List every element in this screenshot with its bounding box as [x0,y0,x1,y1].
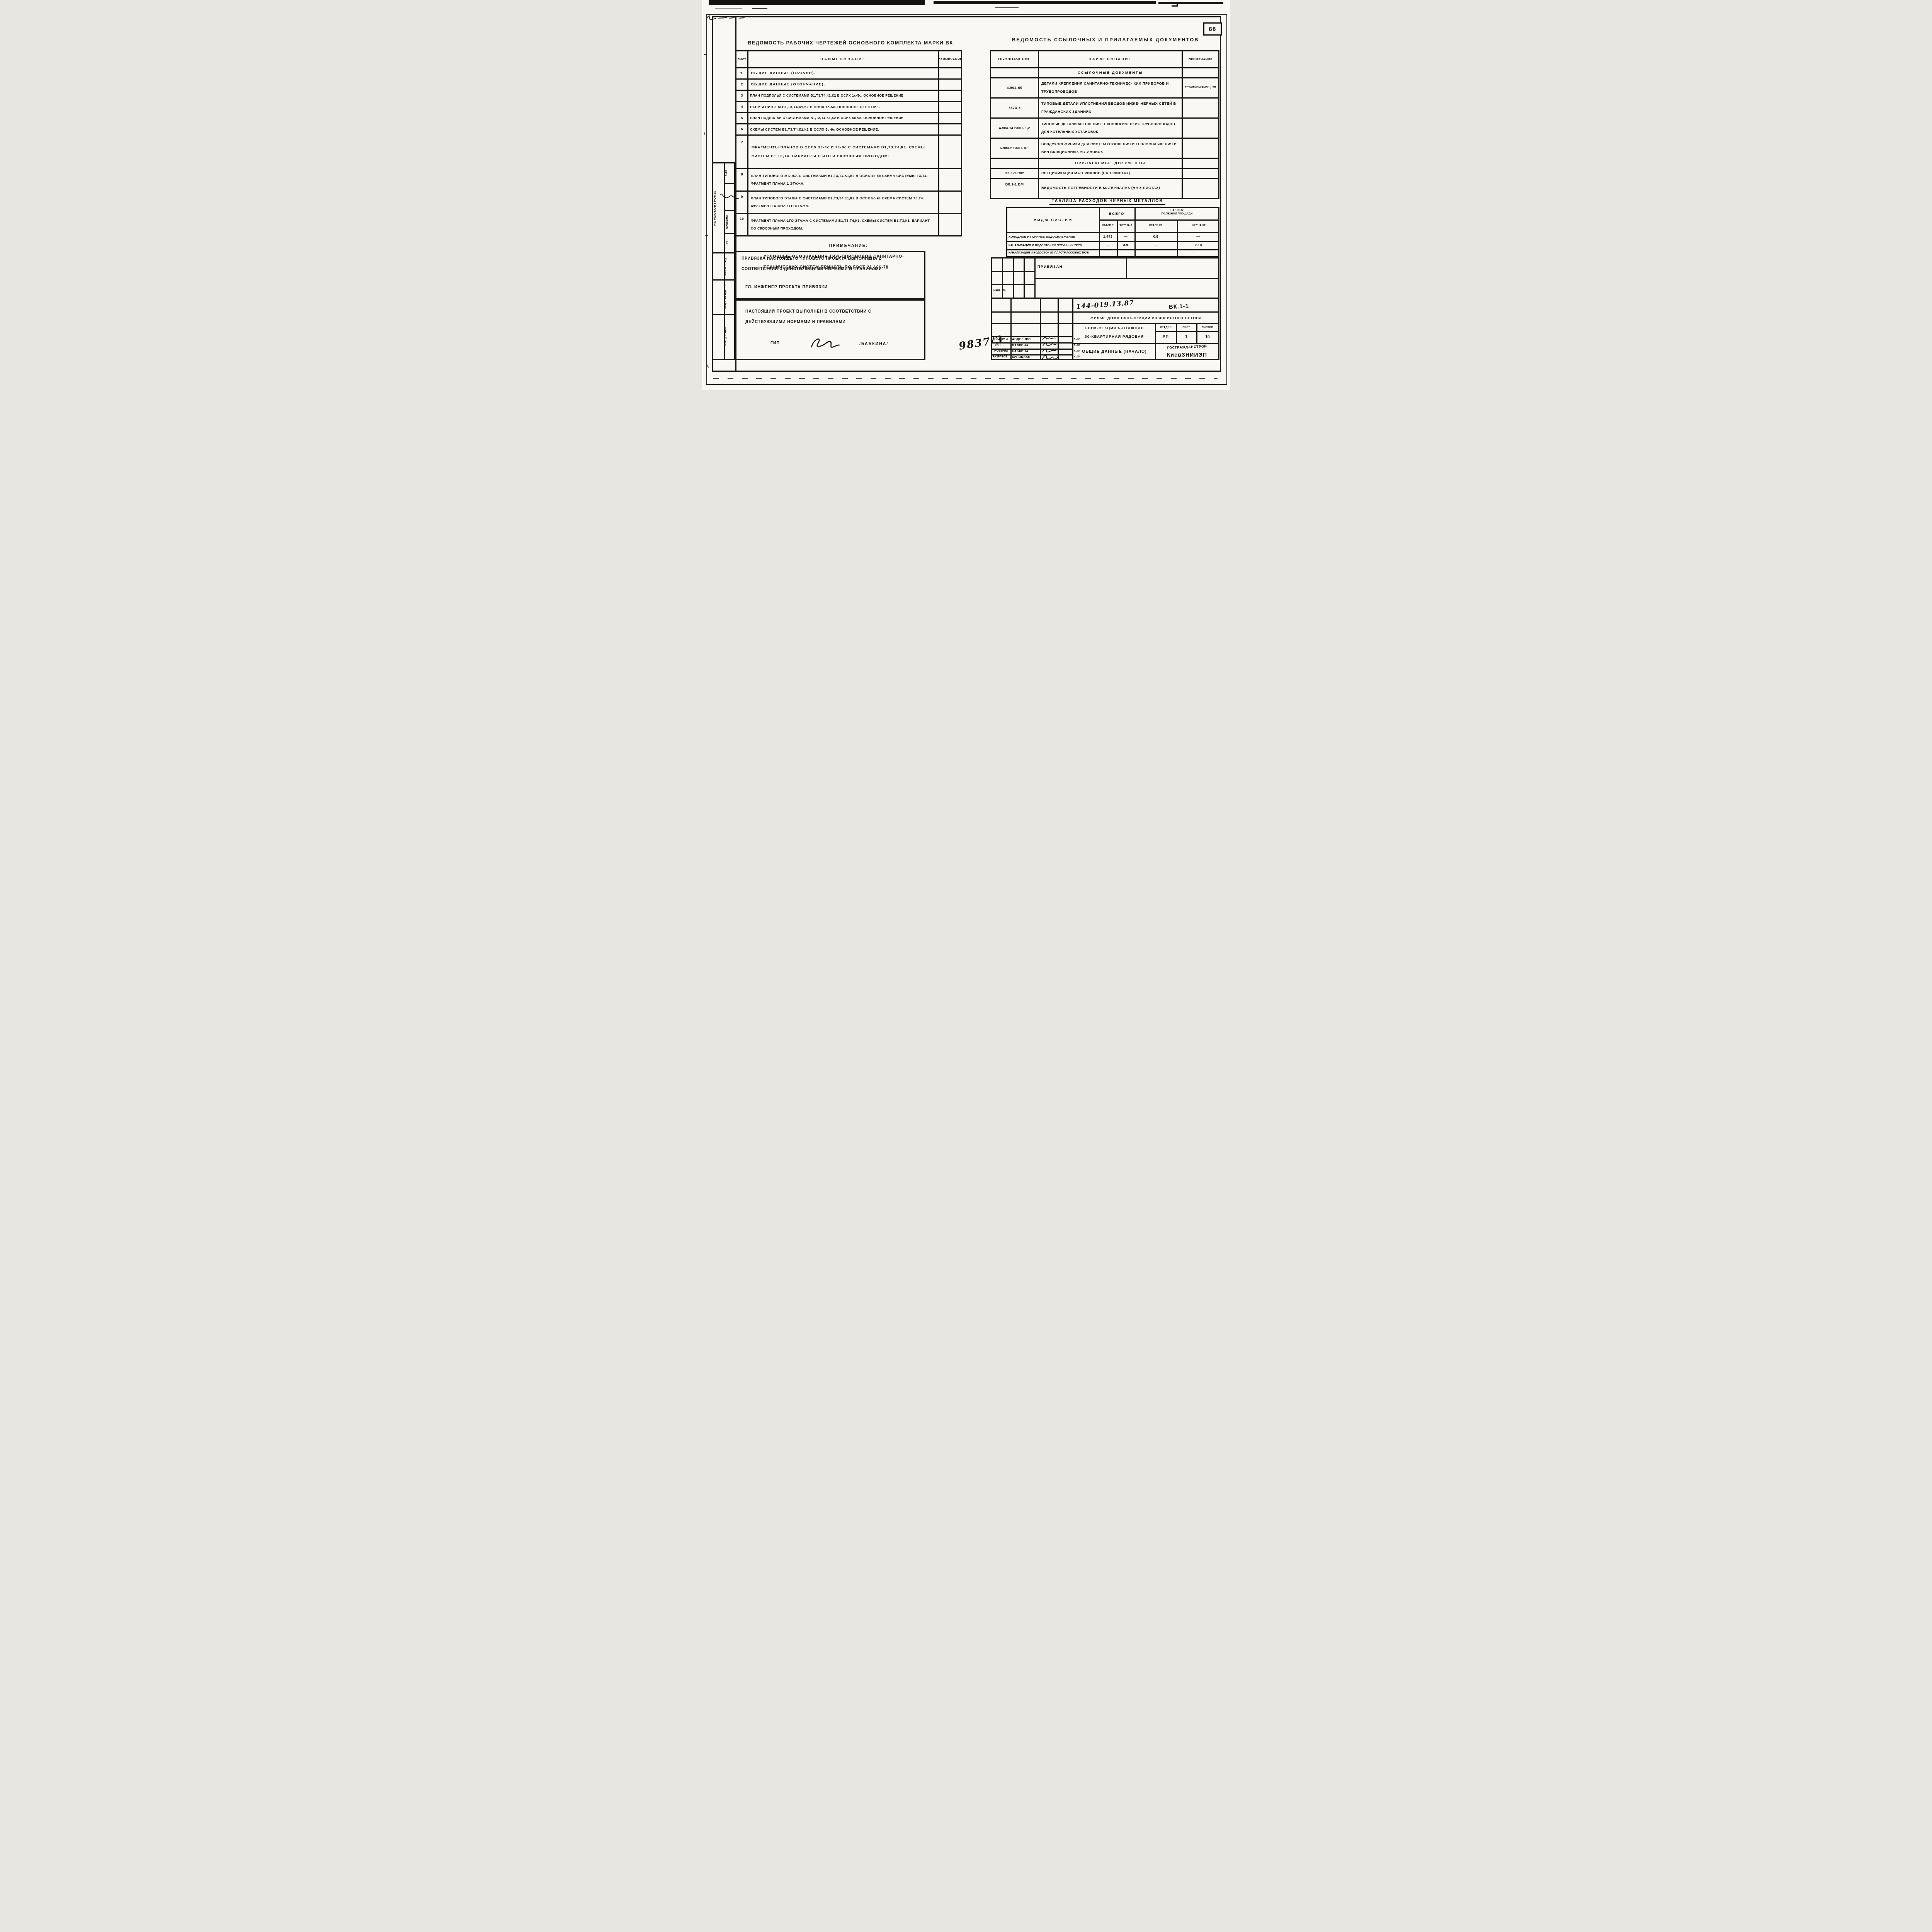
row-name: СХЕМЫ СИСТЕМ В1,Т3,Т4,К1,К2 В ОСЯХ 5с-9с… [748,124,939,134]
metals-col-total: ВСЕГО [1099,208,1134,219]
gip-signature [806,335,841,351]
row-name: ВЕДОМОСТЬ ПОТРЕБНОСТИ В МАТЕРИАЛАХ (НА 3… [1039,179,1183,198]
inventory-label: ИНВ. № [993,289,1007,292]
row-code: 5.903-2 ВЫП. 0.1 [991,139,1039,158]
signer-role: РАЗРАБОТ. [993,355,1010,358]
signer-name: БАБКИНА [1012,344,1040,347]
table-row: 4 СХЕМЫ СИСТЕМ В1,Т3,Т4,К1,К2 В ОСЯХ 1с-… [736,102,961,113]
sheet-value: 1 [1177,332,1196,342]
mark-code: ВК.1-1 [1169,303,1189,311]
note-title: ПРИМЕЧАНИЕ: [810,242,887,250]
binding-engineer-line: ГЛ. ИНЖЕНЕР ПРОЕКТА ПРИВЯЗКИ [745,285,861,289]
normcontrol-signature [719,192,740,201]
inv-podl-label: ИНВ. № ПОДЛ. [724,315,734,359]
page-number: 88 [1209,26,1216,32]
row-name: ТИПОВЫЕ ДЕТАЛИ КРЕПЛЕНИЯ ТЕХНОЛОГИЧЕСКИХ… [1039,119,1183,138]
metals-row-value [1099,249,1117,256]
row-name: ПЛАН ПОДПОЛЬЯ С СИСТЕМАМИ В1,Т3,Т4,К1,К2… [748,113,939,123]
signer-signature [1041,348,1057,354]
drawing-sheet: 88 ВЕДОМОСТЬ РАБОЧИХ ЧЕРТЕЖЕЙ ОСНОВНОГО … [702,0,1230,390]
normcontrol-label: НОРМОКОНТРОЛЬ: [713,163,724,252]
row-sheet: 3 [736,91,748,101]
metals-row-value: — [1177,249,1219,256]
sheet-label: ЛИСТ [1177,324,1196,331]
row-name: ПЛАН ТИПОВОГО ЭТАЖА С СИСТЕМАМИ В1,Т3,Т4… [748,169,939,190]
metals-sub-steel-kg: СТАЛИ КГ [1134,219,1177,232]
metals-sub-iron-kg: ЧУГУНА КГ [1177,219,1219,232]
row-name: ФРАГМЕНТ ПЛАНА 1ГО ЭТАЖА С СИСТЕМАМИ В1,… [748,214,939,235]
scan-artifact-dash [704,132,705,135]
row-name: ФРАГМЕНТЫ ПЛАНОВ В ОСЯХ 3с-4с И 7с-8с С … [748,136,939,168]
title-block: ПРИВЯЗАН ИНВ. № НАЧ.АПМ-2 АВДЕЕНКО XI.84… [991,257,1219,360]
bound-label: ПРИВЯЗАН [1037,262,1063,271]
table-row: 7 ФРАГМЕНТЫ ПЛАНОВ В ОСЯХ 3с-4с И 7с-8с … [736,136,961,169]
row-note [1183,139,1218,158]
col-header-name: НАИМЕНОВАНИЕ [1039,51,1183,67]
metals-row-value: 1.443 [1099,232,1117,241]
metals-row-system: КАНАЛИЗАЦИЯ И ВОДОСТОК ИЗ ПЛАСТМАССОВЫХ … [1007,249,1099,256]
table-row: 2 ОБЩИЕ ДАННЫЕ (ОКОНЧАНИЕ). [736,80,961,91]
metals-row-value: 2.18 [1177,241,1219,249]
compliance-box [735,299,925,360]
table-row: 1. ОБЩИЕ ДАННЫЕ (НАЧАЛО). [736,68,961,80]
col-header-name: НАИМЕНОВАНИЕ [748,51,939,67]
org-line2: КиевЗНИИЭП [1156,350,1218,359]
compliance-role: ГИП [770,341,780,345]
table-header-row: ОБОЗНАЧЕНИЕ НАИМЕНОВАНИЕ ПРИМЕЧАНИЕ [991,51,1218,68]
row-sheet: 7 [736,136,748,168]
table-row: 6 СХЕМЫ СИСТЕМ В1,Т3,Т4,К1,К2 В ОСЯХ 5с-… [736,124,961,136]
row-note [939,124,961,134]
scan-artifact-bar [1158,2,1223,4]
row-sheet: 5 [736,113,748,123]
metals-row-system: ХОЛОДНОЕ И ГОРЯЧЕЕ ВОДОСНАБЖЕНИЕ [1007,232,1099,241]
row-sheet: 10 [736,214,748,235]
row-name: ПЛАН ПОДПОЛЬЯ С СИСТЕМАМИ В1,Т3,Т4,К1,К2… [748,91,939,101]
table-row: 7373-3 ТИПОВЫЕ ДЕТАЛИ УПЛОТНЕНИЯ ВВОДОВ … [991,99,1218,119]
table-row: 9 ПЛАН ТИПОВОГО ЭТАЖА С СИСТЕМАМИ В1,Т3,… [736,192,961,214]
metals-row-value: — [1117,249,1134,256]
metals-row-value: 0.8 [1134,232,1177,241]
scan-artifact-dash [752,8,767,9]
row-name: СПЕЦИФИКАЦИЯ МАТЕРИАЛОВ (НА 10ЛИСТАХ) [1039,169,1183,178]
metals-row-value: 3.9 [1117,241,1134,249]
row-note [1183,119,1218,138]
normcontrol-name: БАБКИНА [725,211,734,233]
metals-row-value: — [1134,241,1177,249]
table-row: ВК.1-1 С02 СПЕЦИФИКАЦИЯ МАТЕРИАЛОВ (НА 1… [991,169,1218,179]
compliance-line2: ДЕЙСТВУЮЩИМИ НОРМАМИ И ПРАВИЛАМИ [745,320,915,324]
object-title: БЛОК-СЕКЦИЯ 5-ЭТАЖНАЯ 30-КВАРТИРНАЯ РЯДО… [1074,324,1155,341]
normcontrol-role: ГИП [725,234,734,252]
table-header-row: ЛИСТ НАИМЕНОВАНИЕ ПРИМЕЧАНИЕ [736,51,961,68]
table-row: 5.903-2 ВЫП. 0.1 ВОЗДУХОСБОРНИКИ ДЛЯ СИС… [991,139,1218,159]
row-note [939,169,961,190]
vzam-inv-label: ВЗАМ. ИНВ.№ [724,253,734,279]
metals-table-title: ТАБЛИЦА РАСХОДОВ ЧЕРНЫХ МЕТАЛЛОВ [1022,198,1192,206]
row-sheet: 2 [736,80,748,90]
scan-artifact-dash [995,7,1019,8]
signer-role: ПРОВЕРИЛ [993,350,1010,352]
reference-table: ОБОЗНАЧЕНИЕ НАИМЕНОВАНИЕ ПРИМЕЧАНИЕ ССЫЛ… [990,50,1219,199]
sheets-value: 10 [1197,332,1218,342]
table-row: 4.904-69 ДЕТАЛИ КРЕПЛЕНИЯ САНИТАРНО-ТЕХН… [991,78,1218,99]
metals-row-value: — [1177,232,1219,241]
row-note [939,102,961,112]
binding-line2: СООТВЕТСТВИИ С ДЕЙСТВУЮЩИМИ НОРМАМИ И ПР… [742,267,919,271]
section-row: ПРИЛАГАЕМЫЕ ДОКУМЕНТЫ [991,159,1218,169]
metals-sub-iron-t: ЧУГУНА Т [1117,219,1134,232]
sheets-label: ЛИСТОВ [1197,324,1218,331]
signer-signature [1041,354,1058,361]
metals-table: ВИДЫ СИСТЕМ ВСЕГО НА 1КВ.М ПОЛЕЗНОЙ ПЛОЩ… [1006,207,1219,257]
project-code: 144-019.13.87 [1076,299,1134,311]
corner-bracket-mark [1172,2,1178,7]
col-header-note: ПРИМЕЧАНИЕ [1183,51,1218,67]
row-note [939,214,961,235]
signer-name: БАБКИНА [1012,349,1040,353]
row-code: ВК.1-1 С02 [991,169,1039,178]
row-name: ВОЗДУХОСБОРНИКИ ДЛЯ СИСТЕМ ОТОПЛЕНИЯ И Т… [1039,139,1183,158]
scan-artifact-bar [934,1,1156,4]
row-note [939,80,961,90]
scan-artifact-dash [705,235,708,236]
signer-name: АВДЕЕНКО [1012,337,1040,341]
table-row: 8 ПЛАН ТИПОВОГО ЭТАЖА С СИСТЕМАМИ В1,Т3,… [736,169,961,192]
metals-col-per-area: НА 1КВ.М ПОЛЕЗНОЙ ПЛОЩАДИ [1134,209,1219,219]
section-title: ССЫЛОЧНЫЕ ДОКУМЕНТЫ [1039,68,1183,77]
row-sheet: 6 [736,124,748,134]
section-row: ССЫЛОЧНЫЕ ДОКУМЕНТЫ [991,68,1218,78]
sheet-title: ОБЩИЕ ДАННЫЕ (НАЧАЛО) [1074,343,1155,360]
row-note [1183,99,1218,117]
podpis-data-label: ПОДПИСЬ И ДАТА [724,280,734,314]
scan-artifact-dashline [713,378,1218,379]
row-code: 4.903-14 ВЫП. 1,2 [991,119,1039,138]
row-code: 4.904-69 [991,78,1039,97]
series-title: ЖИЛЫЕ ДОМА БЛОК-СЕКЦИИ ИЗ ЯЧЕИСТОГО БЕТО… [1074,313,1218,323]
normcontrol-date: XI.84 [725,164,734,182]
table-row: 3 ПЛАН ПОДПОЛЬЯ С СИСТЕМАМИ В1,Т3,Т4,К1,… [736,91,961,102]
metals-row-system: КАНАЛИЗАЦИЯ И ВОДОСТОК ИЗ ЧУГУННЫХ ТРУБ [1007,241,1099,249]
table-row: 10 ФРАГМЕНТ ПЛАНА 1ГО ЭТАЖА С СИСТЕМАМИ … [736,214,961,235]
row-sheet: 4 [736,102,748,112]
row-code: 7373-3 [991,99,1039,117]
row-name: ТИПОВЫЕ ДЕТАЛИ УПЛОТНЕНИЯ ВВОДОВ ИНЖЕ- Н… [1039,99,1183,117]
row-note: Т.ТБИЛИСИ ФИЛ ЦНТП [1183,78,1218,97]
row-note [939,113,961,123]
row-note [939,68,961,78]
reference-table-title: ВЕДОМОСТЬ ССЫЛОЧНЫХ И ПРИЛАГАЕМЫХ ДОКУМЕ… [999,36,1212,44]
compliance-line1: НАСТОЯЩИЙ ПРОЕКТ ВЫПОЛНЕН В СООТВЕТСТВИИ… [745,309,915,314]
stage-value: РП [1156,332,1176,342]
col-header-sheet: ЛИСТ [736,51,748,67]
table-row: 4.903-14 ВЫП. 1,2 ТИПОВЫЕ ДЕТАЛИ КРЕПЛЕН… [991,119,1218,139]
row-note [939,91,961,101]
row-name: ПЛАН ТИПОВОГО ЭТАЖА С СИСТЕМАМИ В1,Т3,Т4… [748,192,939,213]
section-title: ПРИЛАГАЕМЫЕ ДОКУМЕНТЫ [1039,159,1183,168]
col-header-note: ПРИМЕЧАНИЕ [939,51,961,67]
row-sheet: 1. [736,68,748,78]
signer-signature [1041,336,1057,341]
row-code: ВК.1-1 ВМ [991,179,1039,198]
scan-artifact-bar [709,0,925,5]
table-row: ВК.1-1 ВМ ВЕДОМОСТЬ ПОТРЕБНОСТИ В МАТЕРИ… [991,179,1218,198]
page-number-box: 88 [1203,22,1222,36]
signer-signature [1041,342,1057,347]
working-drawings-title: ВЕДОМОСТЬ РАБОЧИХ ЧЕРТЕЖЕЙ ОСНОВНОГО КОМ… [740,39,961,47]
metals-row-value: — [1117,232,1134,241]
scan-artifact-dash [704,54,707,55]
signer-name: КУНИЦКАЯ [1012,355,1041,359]
row-name: СХЕМЫ СИСТЕМ В1,Т3,Т4,К1,К2 В ОСЯХ 1с-5с… [748,102,939,112]
row-name: ОБЩИЕ ДАННЫЕ (НАЧАЛО). [748,68,939,78]
metals-sub-steel-t: СТАЛИ Т [1099,219,1117,232]
metals-row-value: — [1099,241,1117,249]
scan-artifact-dash [715,8,742,9]
table-row: 5 ПЛАН ПОДПОЛЬЯ С СИСТЕМАМИ В1,Т3,Т4,К1,… [736,113,961,124]
metals-col-systems: ВИДЫ СИСТЕМ [1007,208,1099,232]
metals-row-value [1134,249,1177,256]
col-header-code: ОБОЗНАЧЕНИЕ [991,51,1039,67]
margin-column: НОРМОКОНТРОЛЬ: XI.84 БАБКИНА ГИП ВЗАМ. И… [712,162,735,360]
compliance-name: /БАБКИНА/ [859,342,888,346]
row-name: ОБЩИЕ ДАННЫЕ (ОКОНЧАНИЕ). [748,80,939,90]
row-note [939,192,961,213]
row-sheet: 8 [736,169,748,190]
working-drawings-table: ЛИСТ НАИМЕНОВАНИЕ ПРИМЕЧАНИЕ 1. ОБЩИЕ ДА… [735,50,962,236]
stage-label: СТАДИЯ [1156,324,1176,331]
row-note [939,136,961,168]
binding-line1: ПРИВЯЗКА НАСТОЯЩЕГО ТИПОВОГО ПРОЕКТА ВЫП… [742,256,919,261]
row-name: ДЕТАЛИ КРЕПЛЕНИЯ САНИТАРНО-ТЕХНИЧЕС- КИХ… [1039,78,1183,97]
